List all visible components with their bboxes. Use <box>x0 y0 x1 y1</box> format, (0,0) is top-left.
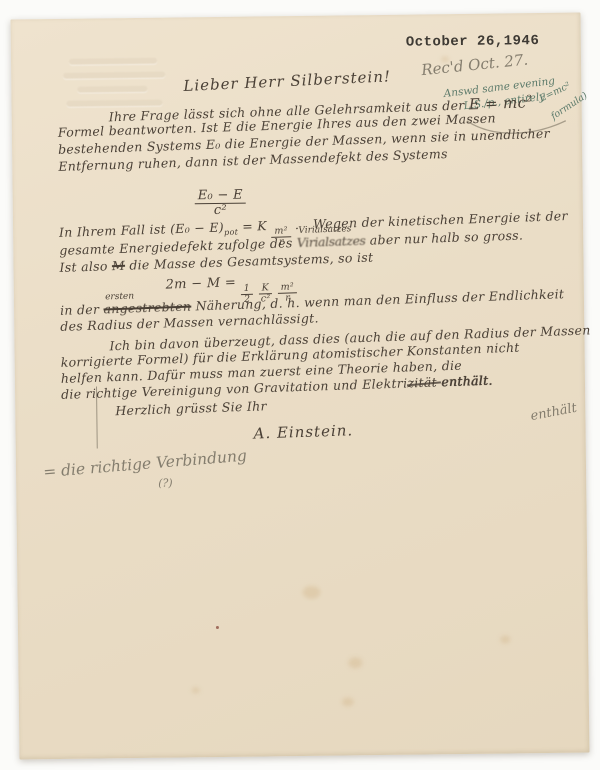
fraction: E₀ − E c² <box>195 189 246 218</box>
emboss-line <box>77 86 147 93</box>
typed-date: October 26,1946 <box>406 33 540 51</box>
body-text: In Ihrem Fall ist (E₀ − E) <box>59 219 224 239</box>
mass-defect-formula: E₀ − E c² <box>195 189 246 218</box>
struck-word: M <box>112 258 126 273</box>
overwritten-word: enthält. <box>441 373 493 390</box>
foxing-spot <box>342 697 354 706</box>
body-text: in der <box>60 301 104 317</box>
embossed-letterhead-stamp <box>11 13 581 20</box>
equation-lhs: 2m − M = <box>165 275 236 292</box>
letter-page: October 26,1946 Rec'd Oct. 27. Answd sam… <box>11 13 590 760</box>
received-note: Rec'd Oct. 27. <box>420 51 528 80</box>
margin-correction: enthält <box>529 401 578 424</box>
salutation: Lieber Herr Silberstein! <box>183 67 391 95</box>
fraction-denominator: c² <box>211 203 230 217</box>
insertion-wrap: erstenangestrebten <box>103 299 191 317</box>
body-text: Ist also <box>59 258 112 275</box>
signature: A. Einstein. <box>253 421 353 442</box>
emc2-exponent: 2 <box>526 94 532 104</box>
foxing-spot <box>348 657 362 668</box>
scrawled-word: Virialsatzes <box>297 233 366 250</box>
letter-scan: October 26,1946 Rec'd Oct. 27. Answd sam… <box>0 0 600 770</box>
emboss-line <box>63 72 165 79</box>
bottom-pencil-note: = die richtige Verbindung <box>43 447 248 482</box>
closing-line: Herzlich grüsst Sie Ihr <box>115 398 267 418</box>
ink-speck <box>216 626 219 629</box>
foxing-spot <box>192 687 200 693</box>
fraction-numerator: E₀ − E <box>195 189 246 204</box>
emboss-line <box>69 58 157 65</box>
struck-word: angestrebten <box>103 299 191 317</box>
bottom-pencil-query: (?) <box>158 477 173 490</box>
foxing-spot <box>302 586 320 599</box>
body-text: = K <box>238 218 272 234</box>
foxing-spot <box>500 635 510 643</box>
insertion-wrap: VirialsatzesVirialsatzes <box>297 233 366 250</box>
pot-subscript: pot <box>224 227 238 236</box>
body-text: enthält. <box>441 373 493 390</box>
